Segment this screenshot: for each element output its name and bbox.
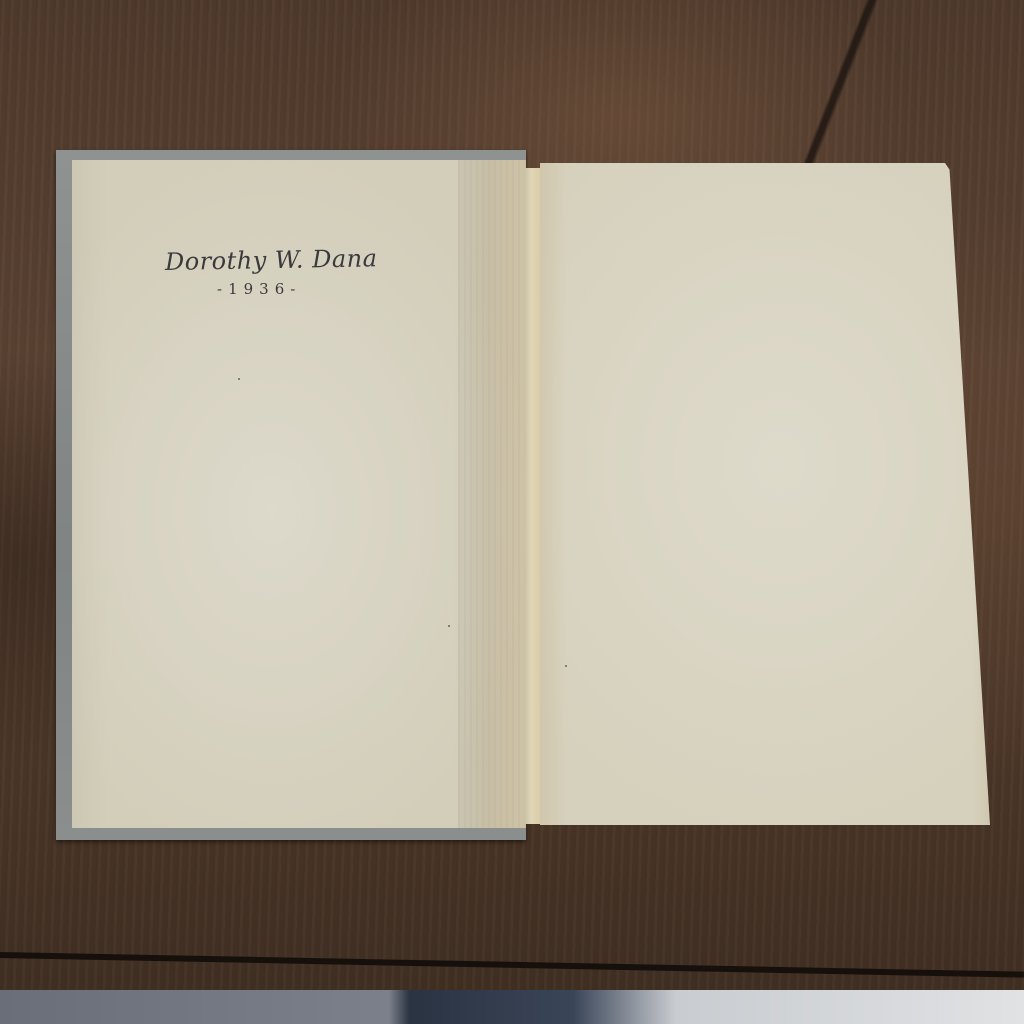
paper-speck <box>238 378 240 380</box>
book-gutter <box>524 168 542 824</box>
paper-speck <box>565 665 567 667</box>
right-flyleaf <box>540 163 990 825</box>
endpaper-hinge <box>458 160 526 828</box>
floor-background <box>0 990 1024 1024</box>
paper-speck <box>448 625 450 627</box>
inscription-year: -1936- <box>217 280 405 298</box>
owner-name: Dorothy W. Dana <box>165 244 405 276</box>
handwritten-inscription: Dorothy W. Dana -1936- <box>165 248 405 298</box>
